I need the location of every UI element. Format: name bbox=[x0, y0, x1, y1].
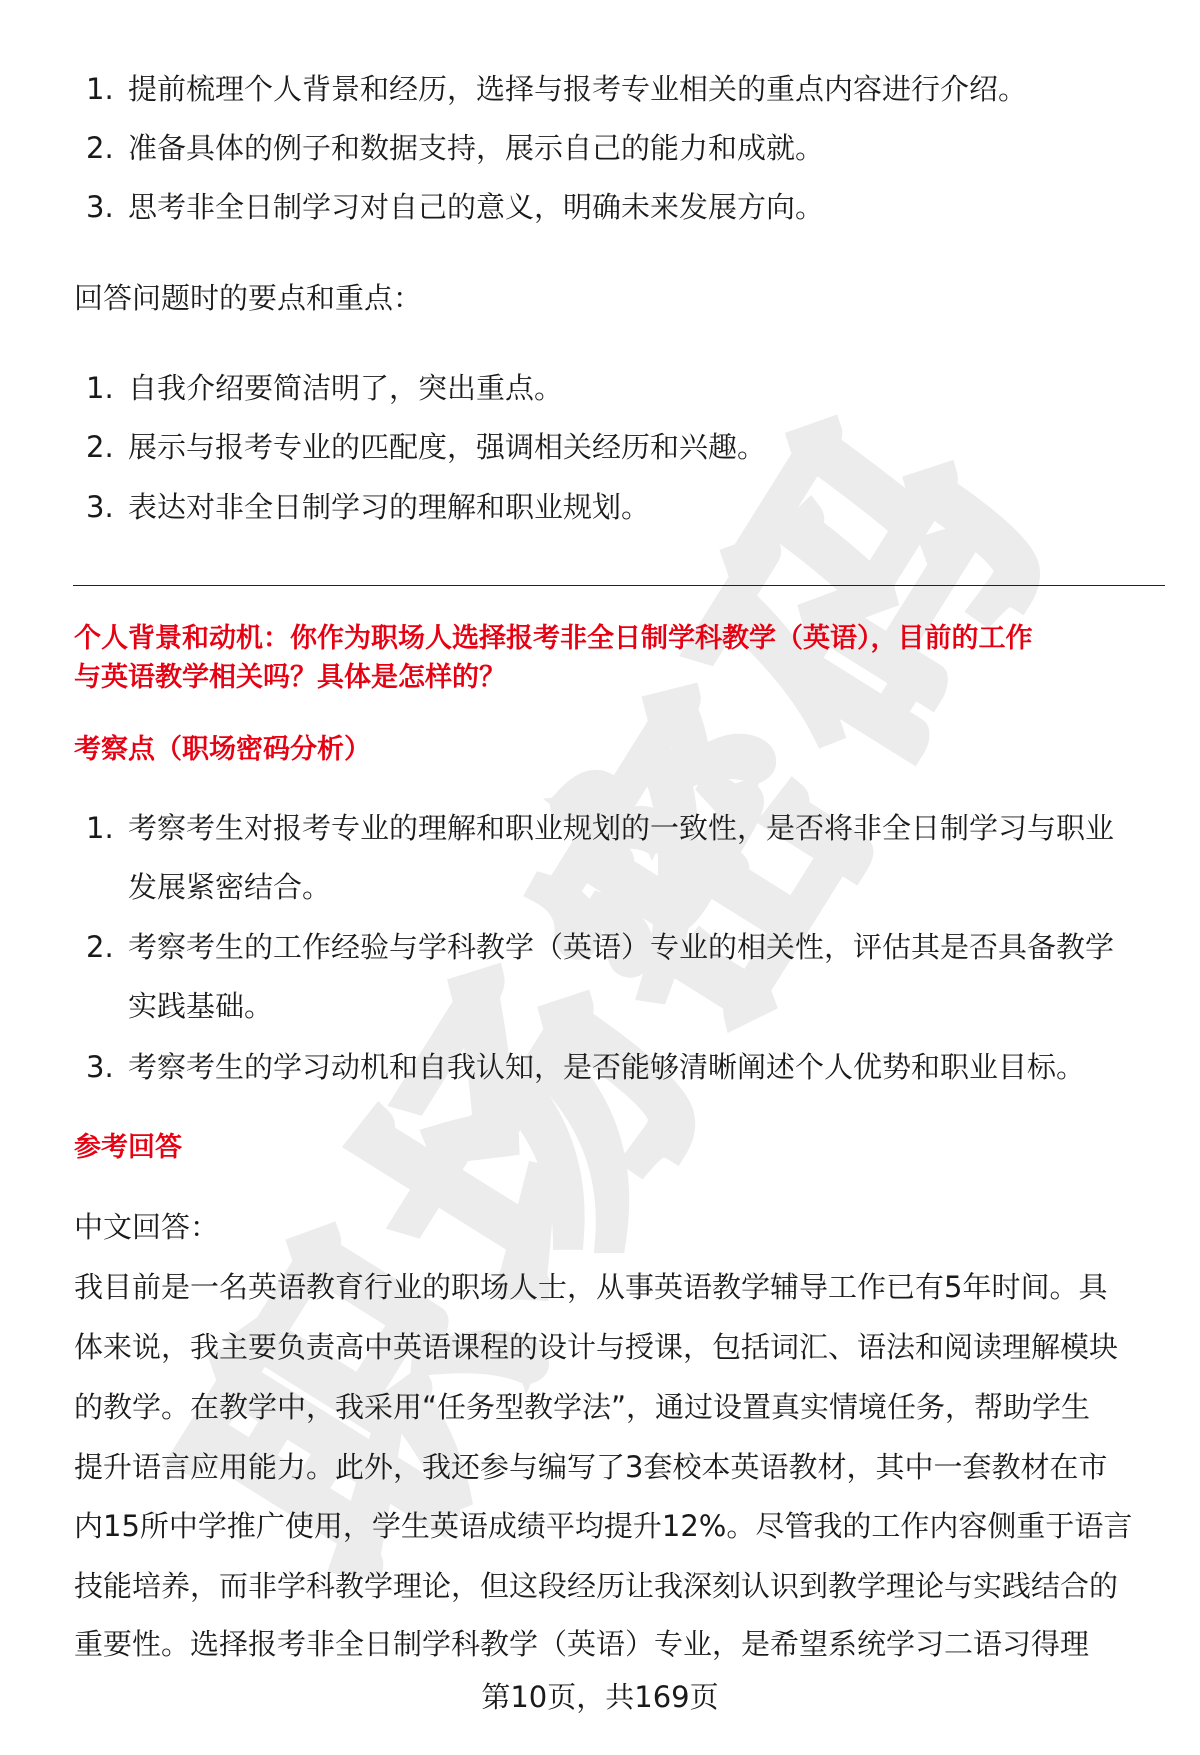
list-text: 自我介绍要简洁明了，突出重点。 bbox=[128, 368, 563, 408]
list-text: 考察考生的学习动机和自我认知，是否能够清晰阐述个人优势和职业目标。 bbox=[128, 1047, 1085, 1087]
page-number: 第10页，共169页 bbox=[0, 1677, 1200, 1717]
list-number: 2. bbox=[86, 427, 114, 467]
list-number: 3. bbox=[86, 487, 114, 527]
paragraph-line: 重要性。选择报考非全日制学科教学（英语）专业，是希望系统学习二语习得理 bbox=[74, 1624, 1089, 1664]
paragraph-line: 的教学。在教学中，我采用“任务型教学法”，通过设置真实情境任务，帮助学生 bbox=[74, 1387, 1090, 1427]
list-number: 1. bbox=[86, 69, 114, 109]
list-text: 准备具体的例子和数据支持，展示自己的能力和成就。 bbox=[128, 128, 824, 168]
section-divider bbox=[73, 585, 1165, 586]
list-text: 表达对非全日制学习的理解和职业规划。 bbox=[128, 487, 650, 527]
question-title-line: 与英语教学相关吗？具体是怎样的？ bbox=[74, 658, 506, 698]
paragraph-line: 技能培养，而非学科教学理论，但这段经历让我深刻认识到教学理论与实践结合的 bbox=[74, 1566, 1118, 1606]
list-text: 展示与报考专业的匹配度，强调相关经历和兴趣。 bbox=[128, 427, 766, 467]
paragraph-line: 我目前是一名英语教育行业的职场人士，从事英语教学辅导工作已有5年时间。具 bbox=[74, 1267, 1107, 1307]
key-points-heading: 回答问题时的要点和重点： bbox=[74, 278, 422, 318]
list-text: 思考非全日制学习对自己的意义，明确未来发展方向。 bbox=[128, 187, 824, 227]
list-number: 1. bbox=[86, 808, 114, 848]
paragraph-line: 内15所中学推广使用，学生英语成绩平均提升12%。尽管我的工作内容侧重于语言 bbox=[74, 1506, 1132, 1546]
list-number: 2. bbox=[86, 128, 114, 168]
list-text: 考察考生的工作经验与学科教学（英语）专业的相关性，评估其是否具备教学 bbox=[128, 927, 1114, 967]
list-text: 提前梳理个人背景和经历，选择与报考专业相关的重点内容进行介绍。 bbox=[128, 69, 1027, 109]
reference-answer-heading: 参考回答 bbox=[74, 1128, 182, 1168]
question-title-line: 个人背景和动机：你作为职场人选择报考非全日制学科教学（英语），目前的工作 bbox=[74, 619, 1033, 659]
list-text: 考察考生对报考专业的理解和职业规划的一致性，是否将非全日制学习与职业 bbox=[128, 808, 1114, 848]
list-text: 发展紧密结合。 bbox=[128, 867, 331, 907]
paragraph-line: 提升语言应用能力。此外，我还参与编写了3套校本英语教材，其中一套教材在市 bbox=[74, 1447, 1107, 1487]
analysis-heading: 考察点（职场密码分析） bbox=[74, 730, 371, 770]
list-number: 2. bbox=[86, 927, 114, 967]
list-text: 实践基础。 bbox=[128, 986, 273, 1026]
paragraph-line: 体来说，我主要负责高中英语课程的设计与授课，包括词汇、语法和阅读理解模块 bbox=[74, 1327, 1118, 1367]
list-number: 3. bbox=[86, 1047, 114, 1087]
list-number: 3. bbox=[86, 187, 114, 227]
answer-label: 中文回答： bbox=[74, 1207, 219, 1247]
list-number: 1. bbox=[86, 368, 114, 408]
